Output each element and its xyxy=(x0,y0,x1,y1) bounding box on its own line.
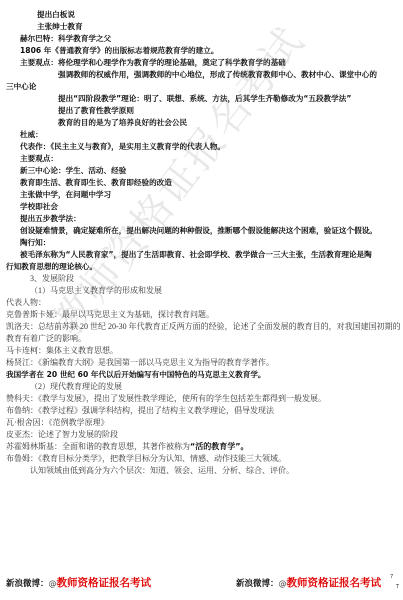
text-line-content: 教育即生活、教育即生长、教育即经验的改造 xyxy=(20,178,172,187)
text-line: 陶行知： xyxy=(20,238,50,248)
text-line-content: 陶行知： xyxy=(20,238,50,247)
text-line-content: 代表作：《民主主义与教育》，是实用主义教育学的代表人物。 xyxy=(20,142,225,151)
text-line-content: 我国学者在 20 世纪 60 年代以后开始编写有中国特色的马克思主义教育学。 xyxy=(6,370,266,379)
text-line: 克鲁普斯卡娅：最早以马克思主义为基础，探讨教育问题。 xyxy=(6,310,214,320)
footer-weibo-right: 新浪微博：@教师资格证报名考试 xyxy=(236,575,381,590)
text-line-content: 三中心论 xyxy=(6,82,36,91)
text-line: 三中心论 xyxy=(6,82,36,92)
text-line: 学校即社会 xyxy=(20,202,58,212)
weibo-account-link[interactable]: 教师资格证报名考试 xyxy=(57,577,152,589)
text-line: 布鲁姆：《教育目标分类学》，把教学目标分为认知、情感、动作技能三大领域。 xyxy=(6,454,286,464)
document-page: 提出白板说主张绅士教育赫尔巴特：科学教育学之父1806 年《普通教育学》的出版标… xyxy=(0,0,403,600)
text-line: 提出白板说 xyxy=(37,10,75,20)
text-line-content: 代表人物： xyxy=(6,298,46,307)
text-line-content: 3、发展阶段 xyxy=(30,274,74,283)
text-line-content: 皮亚杰：论述了智力发展的阶段 xyxy=(6,430,118,439)
text-line-content: 强调教师的权威作用，强调教师的中心地位，形成了传统教育教师中心、教材中心、课堂中… xyxy=(58,70,377,79)
text-line: 教育有着广泛的影响。 xyxy=(6,334,86,344)
at-icon: @ xyxy=(279,579,287,588)
text-line: 苏霍姆林斯基：全面和谐的教育思想，其著作被称为“活的教育学”。 xyxy=(6,442,249,452)
text-line: 3、发展阶段 xyxy=(30,274,74,284)
text-line: 强调教师的权威作用，强调教师的中心地位，形成了传统教育教师中心、教材中心、课堂中… xyxy=(58,70,377,80)
text-line: 杜威： xyxy=(20,130,43,140)
footer-weibo-left: 新浪微博：@教师资格证报名考试 xyxy=(6,575,151,590)
text-line: 杨贤江：《新编教育大纲》是我国第一部以马克思主义为指导的教育学著作。 xyxy=(6,358,274,368)
text-line-content: 学校即社会 xyxy=(20,202,58,211)
text-line-content: 凯洛夫：总结前苏联 20 世纪 20-30 年代教育正反两方面的经验，论述了全面… xyxy=(6,322,401,331)
text-line-content: 主张做中学，在问题中学习 xyxy=(20,190,111,199)
text-line: 主张绅士教育 xyxy=(37,22,83,32)
text-line-content: 1806 年《普通教育学》的出版标志着规范教育学的建立。 xyxy=(20,46,218,55)
text-line: 布鲁纳：《教学过程》强调学科结构，提出了结构主义教学理论，倡导发现法 xyxy=(6,406,274,416)
text-line: 主张做中学，在问题中学习 xyxy=(20,190,111,200)
text-line: 新三中心论：学生、活动、经验 xyxy=(20,166,126,176)
at-icon: @ xyxy=(49,579,57,588)
text-line: 赞科夫：《教学与发展》，提出了发展性教学理论，使所有的学生包括差生都得到一般发展… xyxy=(6,394,326,404)
weibo-account-link[interactable]: 教师资格证报名考试 xyxy=(287,577,382,589)
text-line-content: 主张绅士教育 xyxy=(37,22,83,31)
text-line: 认知领域由低到高分为六个层次：知道、领会、运用、分析、综合、评价。 xyxy=(30,466,294,476)
text-line: 赫尔巴特：科学教育学之父 xyxy=(20,34,111,44)
text-line: 凯洛夫：总结前苏联 20 世纪 20-30 年代教育正反两方面的经验，论述了全面… xyxy=(6,322,401,332)
footer-label: 新浪微博： xyxy=(236,579,279,589)
text-line: 代表作：《民主主义与教育》，是实用主义教育学的代表人物。 xyxy=(20,142,225,152)
text-line-content: 教育的目的是为了培养良好的社会公民 xyxy=(58,118,187,127)
text-line-content: 提出五步教学法： xyxy=(20,214,81,223)
text-line: 教育即生活、教育即生长、教育即经验的改造 xyxy=(20,178,172,188)
text-line-content: 苏霍姆林斯基：全面和谐的教育思想，其著作被称为 xyxy=(6,442,190,451)
text-line-content: 主要观点：将伦理学和心理学作为教育学的理论基础，奠定了科学教育学的基础 xyxy=(20,58,286,67)
text-line: 被毛泽东称为“人民教育家”，提出了生活即教育、社会即学校、教学做合一三大主张，生… xyxy=(20,250,372,260)
text-line-content: （2）现代教育理论的发展 xyxy=(30,382,122,391)
text-line-content: 提出白板说 xyxy=(37,10,75,19)
text-line-content: 教育有着广泛的影响。 xyxy=(6,334,86,343)
text-line-content: 杨贤江：《新编教育大纲》是我国第一部以马克思主义为指导的教育学著作。 xyxy=(6,358,274,367)
text-line-content: 杜威： xyxy=(20,130,43,139)
corner-mark: T xyxy=(396,584,399,590)
text-line: 主要观点： xyxy=(20,154,58,164)
text-line-content: 认知领域由低到高分为六个层次：知道、领会、运用、分析、综合、评价。 xyxy=(30,466,294,475)
text-line: 教育的目的是为了培养良好的社会公民 xyxy=(58,118,187,128)
text-line: 瓦·根舍因：《范例教学原理》 xyxy=(6,418,109,428)
text-line-content: 行知教育思想的理论核心。 xyxy=(6,262,97,271)
text-line-content: 布鲁纳：《教学过程》强调学科结构，提出了结构主义教学理论，倡导发现法 xyxy=(6,406,274,415)
text-line-content: 赞科夫：《教学与发展》，提出了发展性教学理论，使所有的学生包括差生都得到一般发展… xyxy=(6,394,326,403)
text-line-content: 主要观点： xyxy=(20,154,58,163)
text-line: 提出五步教学法： xyxy=(20,214,81,224)
text-line: 创设疑难情景，确定疑难所在，提出解决问题的种种假设，推断哪个假设能解决这个困难，… xyxy=(20,226,377,236)
text-line-content: 提出“四阶段教学”理论：明了、联想、系统、方法，后其学生齐勒修改为“五段教学法” xyxy=(58,94,351,103)
text-line-content: 被毛泽东称为“人民教育家”，提出了生活即教育、社会即学校、教学做合一三大主张，生… xyxy=(20,250,372,259)
text-line-content: 赫尔巴特：科学教育学之父 xyxy=(20,34,111,43)
text-line-content: 瓦·根舍因：《范例教学原理》 xyxy=(6,418,109,427)
text-line: （1）马克思主义教育学的形成和发展 xyxy=(30,286,162,296)
text-line: 皮亚杰：论述了智力发展的阶段 xyxy=(6,430,118,440)
text-line-content: （1）马克思主义教育学的形成和发展 xyxy=(30,286,162,295)
text-line: 主要观点：将伦理学和心理学作为教育学的理论基础，奠定了科学教育学的基础 xyxy=(20,58,286,68)
text-line: 代表人物： xyxy=(6,298,46,308)
text-line-content: 马卡连柯：集体主义教育思想。 xyxy=(6,346,118,355)
emphasis-text: “活的教育学”。 xyxy=(190,442,249,451)
text-line: 提出了教育性教学原则 xyxy=(58,106,134,116)
page-number: 7 xyxy=(390,574,393,580)
text-line: 我国学者在 20 世纪 60 年代以后开始编写有中国特色的马克思主义教育学。 xyxy=(6,370,266,380)
text-line: 行知教育思想的理论核心。 xyxy=(6,262,97,272)
text-line: （2）现代教育理论的发展 xyxy=(30,382,122,392)
text-line-content: 新三中心论：学生、活动、经验 xyxy=(20,166,126,175)
footer-label: 新浪微博： xyxy=(6,579,49,589)
text-line: 1806 年《普通教育学》的出版标志着规范教育学的建立。 xyxy=(20,46,218,56)
text-line: 提出“四阶段教学”理论：明了、联想、系统、方法，后其学生齐勒修改为“五段教学法” xyxy=(58,94,351,104)
text-line: 马卡连柯：集体主义教育思想。 xyxy=(6,346,118,356)
text-line-content: 提出了教育性教学原则 xyxy=(58,106,134,115)
text-line-content: 创设疑难情景，确定疑难所在，提出解决问题的种种假设，推断哪个假设能解决这个困难，… xyxy=(20,226,377,235)
text-line-content: 布鲁姆：《教育目标分类学》，把教学目标分为认知、情感、动作技能三大领域。 xyxy=(6,454,286,463)
text-line-content: 克鲁普斯卡娅：最早以马克思主义为基础，探讨教育问题。 xyxy=(6,310,214,319)
